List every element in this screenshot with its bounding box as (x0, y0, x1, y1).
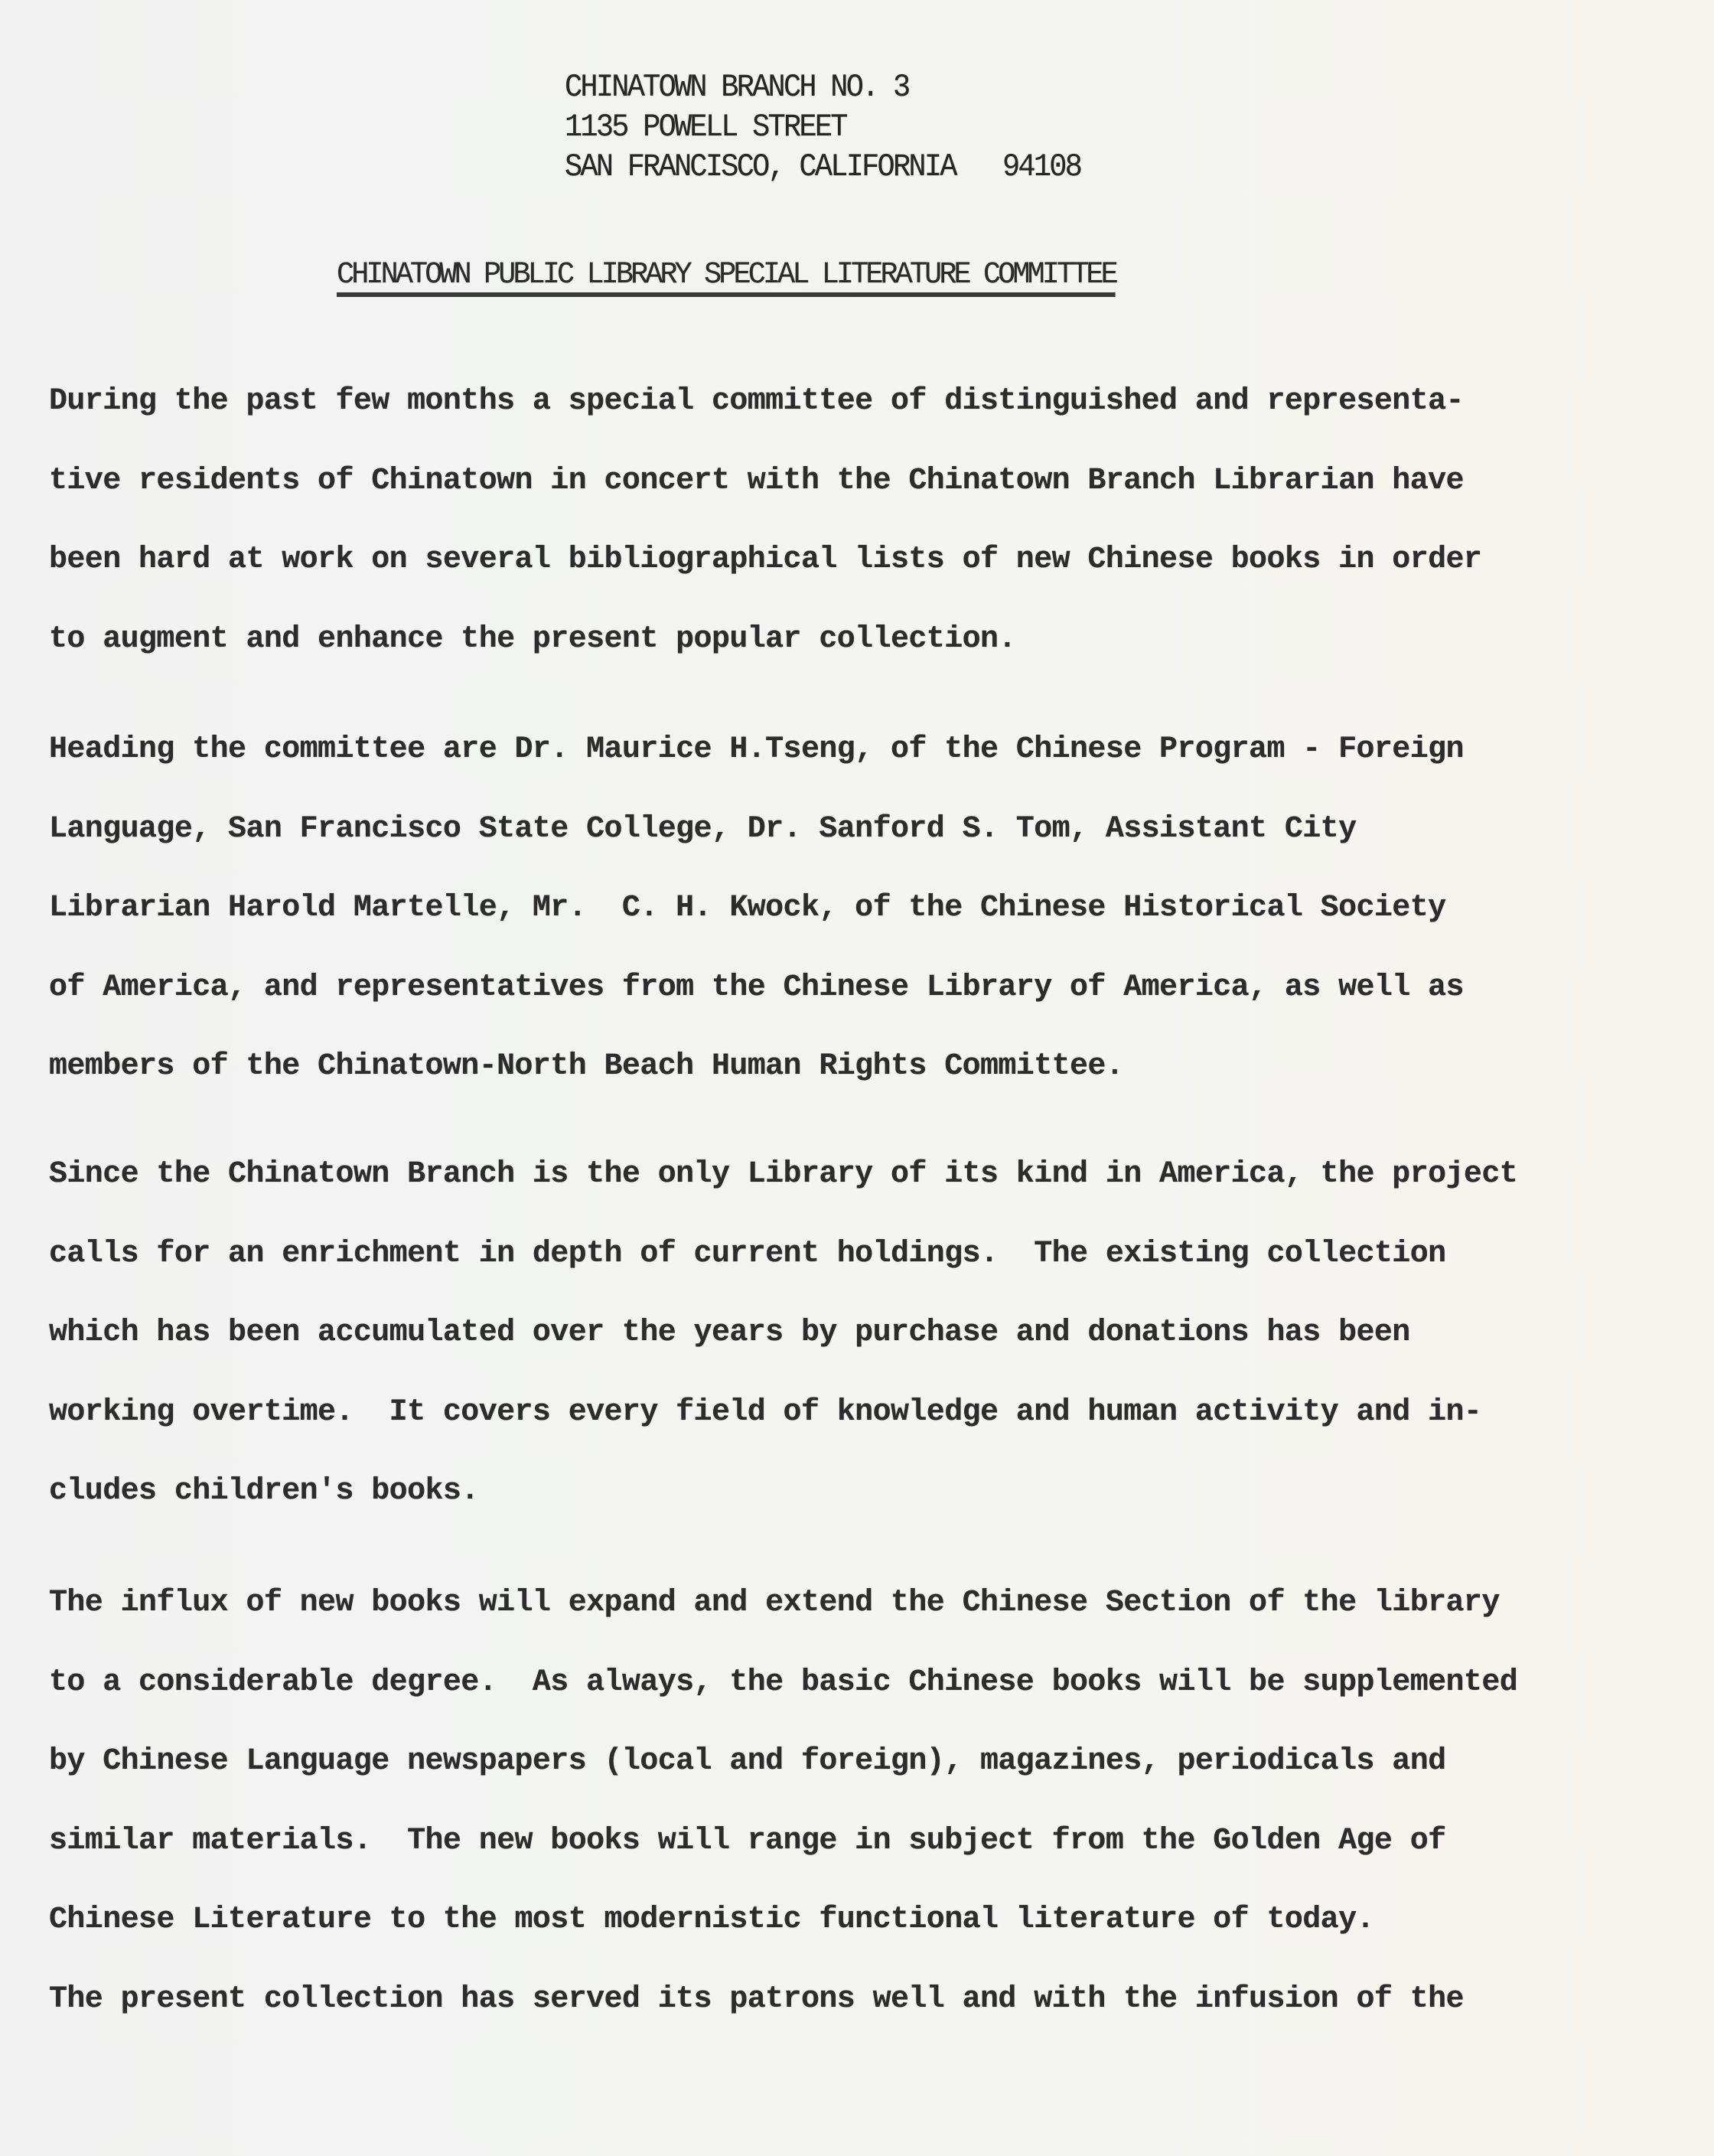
text-line: During the past few months a special com… (49, 379, 1702, 458)
text-line: similar materials. The new books will ra… (49, 1818, 1702, 1898)
text-line: Since the Chinatown Branch is the only L… (49, 1152, 1702, 1231)
text-line: The influx of new books will expand and … (49, 1580, 1702, 1660)
text-line: to augment and enhance the present popul… (49, 617, 1702, 696)
document-title: CHINATOWN PUBLIC LIBRARY SPECIAL LITERAT… (337, 259, 1116, 297)
text-line: Librarian Harold Martelle, Mr. C. H. Kwo… (49, 886, 1702, 965)
text-line: Language, San Francisco State College, D… (49, 807, 1702, 886)
paragraph-committee-intro: During the past few months a special com… (49, 379, 1702, 696)
text-line: Chinese Literature to the most modernist… (49, 1897, 1702, 1977)
text-line: calls for an enrichment in depth of curr… (49, 1231, 1702, 1311)
text-line: members of the Chinatown-North Beach Hum… (49, 1044, 1702, 1124)
letterhead-address: CHINATOWN BRANCH NO. 3 1135 POWELL STREE… (565, 67, 1080, 187)
paragraph-new-books: The influx of new books will expand and … (49, 1580, 1702, 2056)
text-line: of America, and representatives from the… (49, 965, 1702, 1045)
text-line: working overtime. It covers every field … (49, 1390, 1702, 1469)
text-line: cludes children's books. (49, 1469, 1702, 1548)
document-page: CHINATOWN BRANCH NO. 3 1135 POWELL STREE… (0, 0, 1714, 2156)
letterhead-street: 1135 POWELL STREET (565, 107, 1080, 147)
text-line: been hard at work on several bibliograph… (49, 537, 1702, 617)
text-line: by Chinese Language newspapers (local an… (49, 1739, 1702, 1818)
text-line: tive residents of Chinatown in concert w… (49, 458, 1702, 538)
letterhead-city: SAN FRANCISCO, CALIFORNIA 94108 (565, 147, 1080, 187)
paragraph-project-scope: Since the Chinatown Branch is the only L… (49, 1152, 1702, 1548)
text-line: Heading the committee are Dr. Maurice H.… (49, 727, 1702, 807)
paragraph-committee-members: Heading the committee are Dr. Maurice H.… (49, 727, 1702, 1124)
text-line: which has been accumulated over the year… (49, 1310, 1702, 1390)
text-line: The present collection has served its pa… (49, 1977, 1702, 2057)
text-line: to a considerable degree. As always, the… (49, 1660, 1702, 1740)
letterhead-branch: CHINATOWN BRANCH NO. 3 (565, 67, 1080, 107)
